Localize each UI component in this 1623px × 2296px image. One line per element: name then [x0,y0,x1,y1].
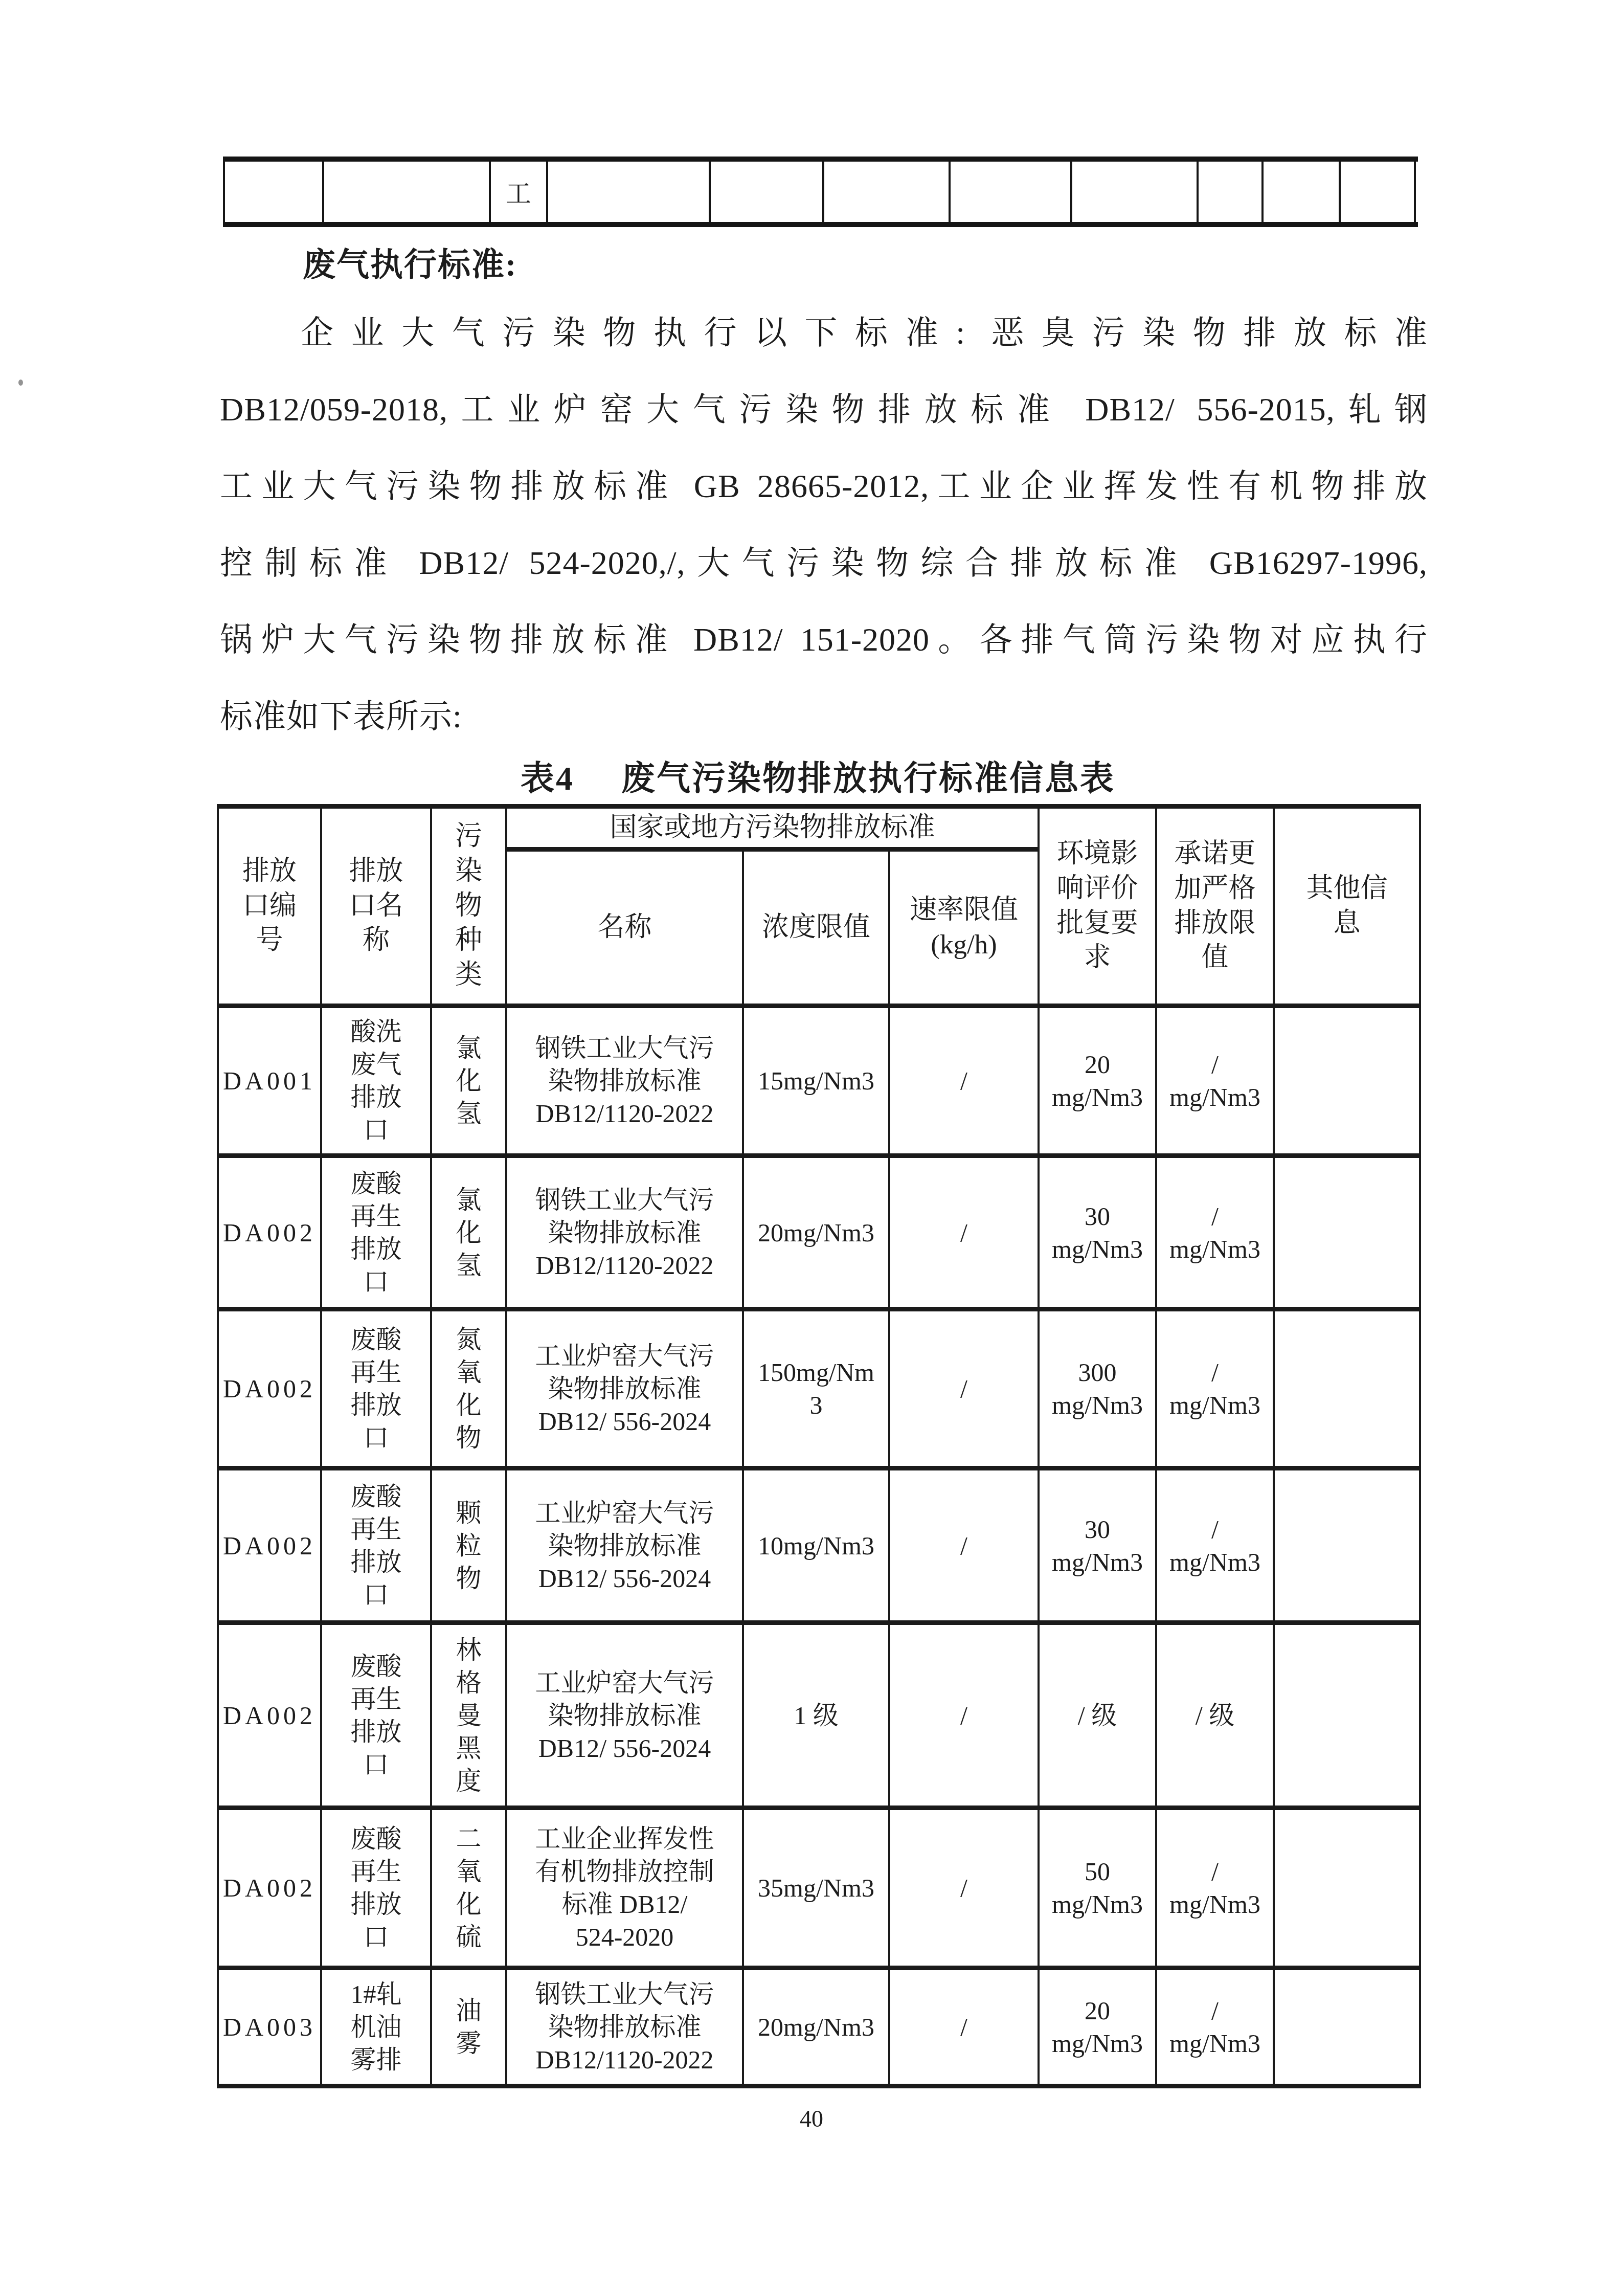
cell-concentration-limit: 1 级 [743,1623,889,1808]
fragment-cell [1072,162,1199,222]
cell-stricter-commitment: / mg/Nm3 [1156,1006,1274,1156]
cell-rate-limit: / [889,1468,1039,1623]
cell-rate-limit: / [889,1808,1039,1968]
cell-rate-limit: / [889,1968,1039,2086]
cell-pollutant: 氯 化 氢 [431,1156,506,1309]
cell-pollutant: 油 雾 [431,1968,506,2086]
paragraph-line: 企业大气污染物执行以下标准: 恶臭污染物排放标准 [220,295,1428,371]
cell-outlet-name: 废酸 再生 排放 口 [321,1309,431,1468]
cell-pollutant: 颗 粒 物 [431,1468,506,1623]
fragment-cell [711,162,824,222]
previous-page-table-fragment: 工 [223,157,1418,227]
cell-standard-name: 工业企业挥发性 有机物排放控制 标准 DB12/ 524-2020 [506,1808,743,1968]
col-header-standard-group: 国家或地方污染物排放标准 [506,807,1039,850]
table-caption-label: 表4 [521,760,574,797]
cell-concentration-limit: 20mg/Nm3 [743,1968,889,2086]
cell-outlet-name: 废酸 再生 排放 口 [321,1808,431,1968]
cell-eia-requirement: 30 mg/Nm3 [1039,1156,1156,1309]
col-header-rate-limit: 速率限值 (kg/h) [889,850,1039,1006]
cell-outlet-id: DA001 [218,1006,321,1156]
cell-standard-name: 钢铁工业大气污 染物排放标准 DB12/1120-2022 [506,1156,743,1309]
cell-stricter-commitment: / 级 [1156,1623,1274,1808]
cell-pollutant: 氯 化 氢 [431,1006,506,1156]
cell-pollutant: 二 氧 化 硫 [431,1808,506,1968]
fragment-cell [1199,162,1264,222]
cell-outlet-name: 废酸 再生 排放 口 [321,1623,431,1808]
cell-standard-name: 工业炉窑大气污 染物排放标准 DB12/ 556-2024 [506,1623,743,1808]
col-header-standard-name: 名称 [506,850,743,1006]
col-header-eia-requirement: 环境影 响评价 批复要 求 [1039,807,1156,1006]
cell-stricter-commitment: / mg/Nm3 [1156,1156,1274,1309]
fragment-cell [824,162,951,222]
cell-outlet-id: DA002 [218,1623,321,1808]
cell-outlet-id: DA002 [218,1156,321,1309]
cell-standard-name: 钢铁工业大气污 染物排放标准 DB12/1120-2022 [506,1968,743,2086]
cell-rate-limit: / [889,1156,1039,1309]
cell-standard-name: 钢铁工业大气污 染物排放标准 DB12/1120-2022 [506,1006,743,1156]
paragraph-line: 标准如下表所示: [220,678,1428,755]
page-number: 40 [0,2105,1623,2132]
cell-outlet-id: DA002 [218,1309,321,1468]
paragraph-line: 工业大气污染物排放标准 GB 28665-2012,工业企业挥发性有机物排放 [220,448,1428,525]
cell-stricter-commitment: / mg/Nm3 [1156,1808,1274,1968]
scan-artifact-dot [18,380,23,386]
cell-other-info [1274,1968,1420,2086]
fragment-cell [223,162,324,222]
cell-outlet-name: 废酸 再生 排放 口 [321,1156,431,1309]
cell-stricter-commitment: / mg/Nm3 [1156,1309,1274,1468]
cell-eia-requirement: / 级 [1039,1623,1156,1808]
col-header-concentration-limit: 浓度限值 [743,850,889,1006]
cell-outlet-id: DA002 [218,1468,321,1623]
fragment-cell [1264,162,1341,222]
paragraph-line: 锅炉大气污染物排放标准 DB12/ 151-2020。各排气筒污染物对应执行 [220,601,1428,678]
table-row: DA002 废酸 再生 排放 口 氯 化 氢 钢铁工业大气污 染物排放标准 DB… [218,1156,1420,1309]
cell-concentration-limit: 10mg/Nm3 [743,1468,889,1623]
cell-outlet-name: 1#轧 机油 雾排 [321,1968,431,2086]
table-row: DA001 酸洗 废气 排放 口 氯 化 氢 钢铁工业大气污 染物排放标准 DB… [218,1006,1420,1156]
cell-outlet-id: DA002 [218,1808,321,1968]
fragment-cell [951,162,1072,222]
fragment-cell [548,162,711,222]
cell-rate-limit: / [889,1006,1039,1156]
paragraph-line: 控制标准 DB12/ 524-2020,/,大气污染物综合排放标准 GB1629… [220,525,1428,601]
col-header-outlet-id: 排放 口编 号 [218,807,321,1006]
cell-concentration-limit: 15mg/Nm3 [743,1006,889,1156]
cell-concentration-limit: 150mg/Nm 3 [743,1309,889,1468]
body-paragraph: 企业大气污染物执行以下标准: 恶臭污染物排放标准 DB12/059-2018,工… [220,295,1428,755]
fragment-cell: 工 [491,162,548,222]
table-row: DA002 废酸 再生 排放 口 氮 氧 化 物 工业炉窑大气污 染物排放标准 … [218,1309,1420,1468]
paragraph-line: DB12/059-2018,工业炉窑大气污染物排放标准 DB12/ 556-20… [220,371,1428,448]
cell-other-info [1274,1468,1420,1623]
col-header-other-info: 其他信 息 [1274,807,1420,1006]
header-row-1: 排放 口编 号 排放 口名 称 污 染 物 种 类 国家或地方污染物排放标准 环… [218,807,1420,850]
table-caption: 表4废气污染物排放执行标准信息表 [217,751,1419,799]
fragment-cell [324,162,491,222]
table-row: DA003 1#轧 机油 雾排 油 雾 钢铁工业大气污 染物排放标准 DB12/… [218,1968,1420,2086]
cell-other-info [1274,1808,1420,1968]
table-row: DA002 废酸 再生 排放 口 颗 粒 物 工业炉窑大气污 染物排放标准 DB… [218,1468,1420,1623]
cell-outlet-name: 废酸 再生 排放 口 [321,1468,431,1623]
cell-rate-limit: / [889,1309,1039,1468]
cell-stricter-commitment: / mg/Nm3 [1156,1468,1274,1623]
col-header-outlet-name: 排放 口名 称 [321,807,431,1006]
cell-standard-name: 工业炉窑大气污 染物排放标准 DB12/ 556-2024 [506,1309,743,1468]
cell-other-info [1274,1623,1420,1808]
table-row: DA002 废酸 再生 排放 口 二 氧 化 硫 工业企业挥发性 有机物排放控制… [218,1808,1420,1968]
section-heading: 废气执行标准: [303,238,517,285]
document-page: 工 废气执行标准: 企业大气污染物执行以下标准: 恶臭污染物排放标准 DB12/… [0,0,1623,2296]
table-caption-title: 废气污染物排放执行标准信息表 [621,760,1115,797]
cell-pollutant: 林 格 曼 黑 度 [431,1623,506,1808]
col-header-pollutant-type: 污 染 物 种 类 [431,807,506,1006]
table-row: DA002 废酸 再生 排放 口 林 格 曼 黑 度 工业炉窑大气污 染物排放标… [218,1623,1420,1808]
fragment-cell [1341,162,1416,222]
cell-eia-requirement: 20 mg/Nm3 [1039,1006,1156,1156]
cell-outlet-name: 酸洗 废气 排放 口 [321,1006,431,1156]
cell-other-info [1274,1006,1420,1156]
cell-rate-limit: / [889,1623,1039,1808]
col-header-stricter-commitment: 承诺更 加严格 排放限 值 [1156,807,1274,1006]
cell-eia-requirement: 30 mg/Nm3 [1039,1468,1156,1623]
cell-other-info [1274,1156,1420,1309]
cell-other-info [1274,1309,1420,1468]
cell-eia-requirement: 50 mg/Nm3 [1039,1808,1156,1968]
cell-concentration-limit: 20mg/Nm3 [743,1156,889,1309]
cell-outlet-id: DA003 [218,1968,321,2086]
cell-eia-requirement: 300 mg/Nm3 [1039,1309,1156,1468]
emission-standards-table: 排放 口编 号 排放 口名 称 污 染 物 种 类 国家或地方污染物排放标准 环… [217,804,1421,2088]
cell-pollutant: 氮 氧 化 物 [431,1309,506,1468]
cell-eia-requirement: 20 mg/Nm3 [1039,1968,1156,2086]
cell-concentration-limit: 35mg/Nm3 [743,1808,889,1968]
cell-stricter-commitment: / mg/Nm3 [1156,1968,1274,2086]
cell-standard-name: 工业炉窑大气污 染物排放标准 DB12/ 556-2024 [506,1468,743,1623]
